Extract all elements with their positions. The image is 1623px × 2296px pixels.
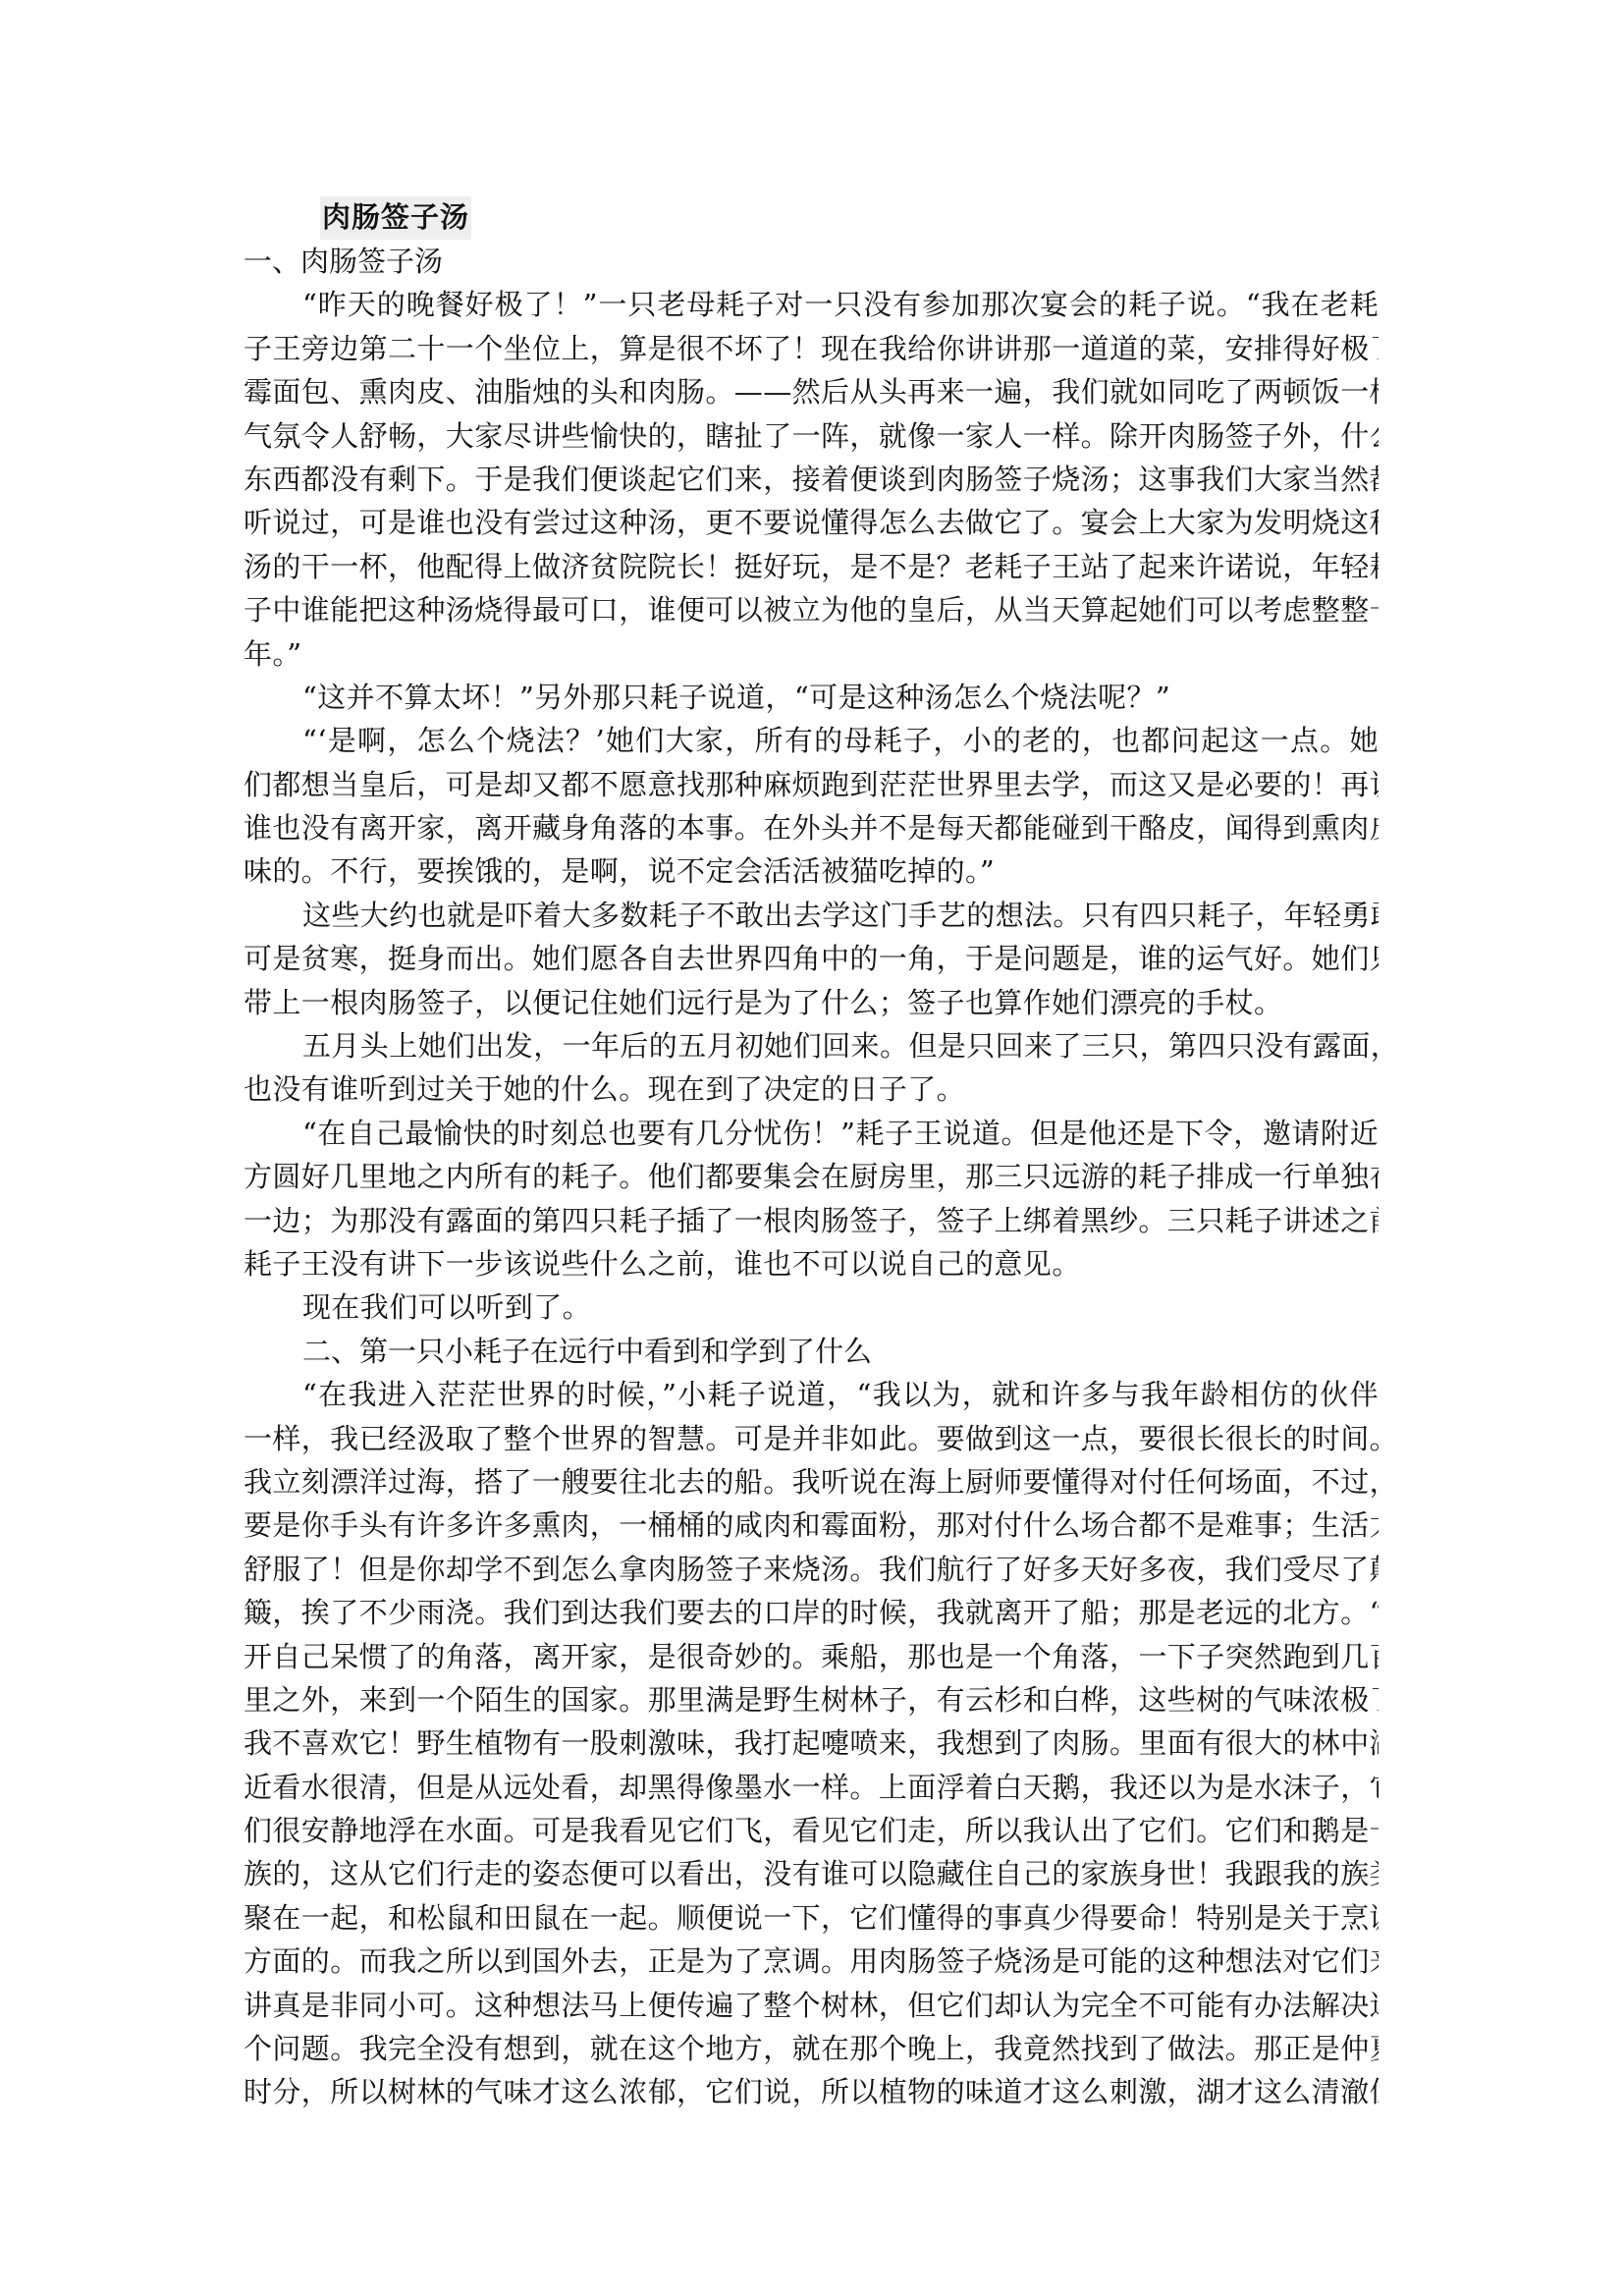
text-line: 五月头上她们出发，一年后的五月初她们回来。但是只回来了三只，第四只没有露面， [243,1024,1379,1067]
text-line: 听说过，可是谁也没有尝过这种汤，更不要说懂得怎么去做它了。宴会上大家为发明烧这种 [243,501,1379,544]
text-line: 耗子王没有讲下一步该说些什么之前，谁也不可以说自己的意见。 [243,1242,1379,1285]
text-line: 簸，挨了不少雨浇。我们到达我们要去的口岸的时候，我就离开了船；那是老远的北方。“… [243,1591,1379,1634]
text-line: 族的，这从它们行走的姿态便可以看出，没有谁可以隐藏住自己的家族身世！我跟我的族类 [243,1852,1379,1895]
text-line: 方圆好几里地之内所有的耗子。他们都要集会在厨房里，那三只远游的耗子排成一行单独在 [243,1155,1379,1198]
text-line: 带上一根肉肠签子，以便记住她们远行是为了什么；签子也算作她们漂亮的手杖。 [243,981,1379,1024]
text-line: 开自己呆惯了的角落，离开家，是很奇妙的。乘船，那也是一个角落，一下子突然跑到几百 [243,1635,1379,1678]
text-line: 们都想当皇后，可是却又都不愿意找那种麻烦跑到茫茫世界里去学，而这又是必要的！再说 [243,763,1379,806]
text-line: 里之外，来到一个陌生的国家。那里满是野生树林子，有云杉和白桦，这些树的气味浓极了… [243,1678,1379,1722]
paragraph: “这并不算太坏！”另外那只耗子说道，“可是这种汤怎么个烧法呢？” [243,676,1379,719]
text-line: “昨天的晚餐好极了！”一只老母耗子对一只没有参加那次宴会的耗子说。“我在老耗 [243,283,1379,326]
document-page: 肉肠签子汤 一、肉肠签子汤 “昨天的晚餐好极了！”一只老母耗子对一只没有参加那次… [243,196,1379,2114]
text-line: 聚在一起，和松鼠和田鼠在一起。顺便说一下，它们懂得的事真少得要命！特别是关于烹调 [243,1896,1379,1940]
text-line: 舒服了！但是你却学不到怎么拿肉肠签子来烧汤。我们航行了好多天好多夜，我们受尽了颠 [243,1548,1379,1591]
text-line: 味的。不行，要挨饿的，是啊，说不定会活活被猫吃掉的。” [243,849,1379,893]
text-line: “‘是啊，怎么个烧法？’她们大家，所有的母耗子，小的老的，也都问起这一点。她 [243,719,1379,762]
paragraph: 五月头上她们出发，一年后的五月初她们回来。但是只回来了三只，第四只没有露面，也没… [243,1024,1379,1112]
text-line: 子中谁能把这种汤烧得最可口，谁便可以被立为他的皇后，从当天算起她们可以考虑整整一 [243,588,1379,631]
text-line: 子王旁边第二十一个坐位上，算是很不坏了！现在我给你讲讲那一道道的菜，安排得好极了… [243,327,1379,370]
text-line: 这些大约也就是吓着大多数耗子不敢出去学这门手艺的想法。只有四只耗子，年轻勇敢， [243,894,1379,937]
paragraph: “在自己最愉快的时刻总也要有几分忧伤！”耗子王说道。但是他还是下令，邀请附近方圆… [243,1112,1379,1286]
text-line: 我立刻漂洋过海，搭了一艘要往北去的船。我听说在海上厨师要懂得对付任何场面，不过， [243,1460,1379,1503]
text-line: “在自己最愉快的时刻总也要有几分忧伤！”耗子王说道。但是他还是下令，邀请附近 [243,1112,1379,1155]
paragraph: “‘是啊，怎么个烧法？’她们大家，所有的母耗子，小的老的，也都问起这一点。她们都… [243,719,1379,894]
section-heading-2: 二、第一只小耗子在远行中看到和学到了什么 [243,1330,1379,1373]
paragraph: 现在我们可以听到了。 [243,1285,1379,1329]
text-line: 们很安静地浮在水面。可是我看见它们飞，看见它们走，所以我认出了它们。它们和鹅是一 [243,1809,1379,1852]
text-line: 现在我们可以听到了。 [243,1285,1379,1329]
paragraph: 这些大约也就是吓着大多数耗子不敢出去学这门手艺的想法。只有四只耗子，年轻勇敢，可… [243,894,1379,1024]
text-line: 方面的。而我之所以到国外去，正是为了烹调。用肉肠签子烧汤是可能的这种想法对它们来 [243,1940,1379,1983]
text-line: 我不喜欢它！野生植物有一股刺激味，我打起嚏喷来，我想到了肉肠。里面有很大的林中湖… [243,1722,1379,1765]
text-line: 谁也没有离开家，离开藏身角落的本事。在外头并不是每天都能碰到干酪皮，闻得到熏肉皮 [243,806,1379,849]
text-line: 汤的干一杯，他配得上做济贫院院长！挺好玩，是不是？老耗子王站了起来许诺说，年轻耗 [243,545,1379,588]
text-line: 讲真是非同小可。这种想法马上便传遍了整个树林，但它们却认为完全不可能有办法解决这 [243,1984,1379,2027]
text-line: 一样，我已经汲取了整个世界的智慧。可是并非如此。要做到这一点，要很长很长的时间。 [243,1417,1379,1460]
text-line: 可是贫寒，挺身而出。她们愿各自去世界四角中的一角，于是问题是，谁的运气好。她们只 [243,937,1379,980]
text-line: “这并不算太坏！”另外那只耗子说道，“可是这种汤怎么个烧法呢？” [243,676,1379,719]
text-line: 也没有谁听到过关于她的什么。现在到了决定的日子了。 [243,1067,1379,1111]
section-1-body: “昨天的晚餐好极了！”一只老母耗子对一只没有参加那次宴会的耗子说。“我在老耗子王… [243,283,1379,1329]
text-line: 要是你手头有许多许多熏肉，一桶桶的咸肉和霉面粉，那对付什么场合都不是难事；生活太 [243,1503,1379,1547]
document-title: 肉肠签子汤 [320,196,471,240]
text-line: 时分，所以树林的气味才这么浓郁，它们说，所以植物的味道才这么刺激，湖才这么清澈但 [243,2070,1379,2113]
text-line: 年。” [243,632,1379,676]
paragraph: “在我进入茫茫世界的时候，”小耗子说道，“我以为，就和许多与我年龄相仿的伙伴一样… [243,1373,1379,2114]
text-line: “在我进入茫茫世界的时候，”小耗子说道，“我以为，就和许多与我年龄相仿的伙伴 [243,1373,1379,1416]
text-line: 一边；为那没有露面的第四只耗子插了一根肉肠签子，签子上绑着黑纱。三只耗子讲述之前… [243,1199,1379,1242]
text-line: 东西都没有剩下。于是我们便谈起它们来，接着便谈到肉肠签子烧汤；这事我们大家当然都 [243,458,1379,501]
text-line: 近看水很清，但是从远处看，却黑得像墨水一样。上面浮着白天鹅，我还以为是水沫子，它 [243,1766,1379,1809]
text-line: 气氛令人舒畅，大家尽讲些愉快的，瞎扯了一阵，就像一家人一样。除开肉肠签子外，什么 [243,414,1379,458]
paragraph: “昨天的晚餐好极了！”一只老母耗子对一只没有参加那次宴会的耗子说。“我在老耗子王… [243,283,1379,676]
section-2-body: “在我进入茫茫世界的时候，”小耗子说道，“我以为，就和许多与我年龄相仿的伙伴一样… [243,1373,1379,2114]
section-heading-1: 一、肉肠签子汤 [243,240,1379,283]
text-line: 个问题。我完全没有想到，就在这个地方，就在那个晚上，我竟然找到了做法。那正是仲夏 [243,2027,1379,2070]
text-line: 霉面包、熏肉皮、油脂烛的头和肉肠。——然后从头再来一遍，我们就如同吃了两顿饭一样… [243,370,1379,413]
